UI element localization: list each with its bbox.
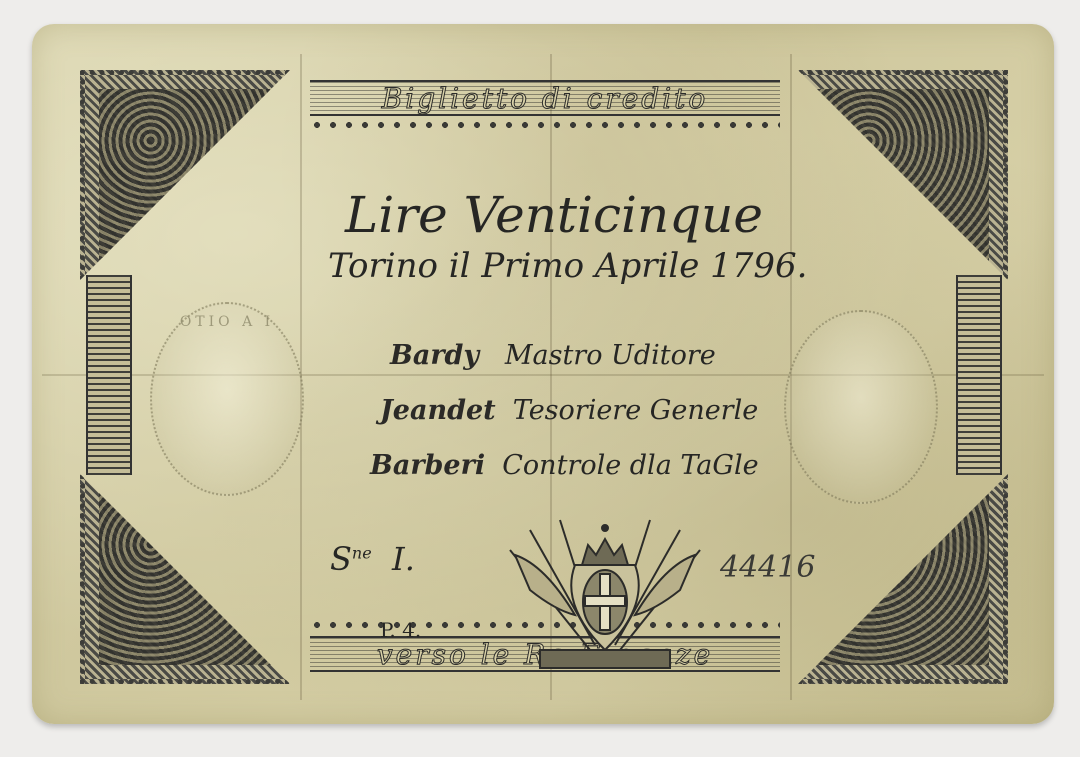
watermark-crest-right (784, 310, 938, 504)
corner-ornament-bottom-left (80, 474, 290, 684)
denomination: Lire Venticinque (345, 186, 763, 244)
series-number: I. (392, 540, 415, 578)
rosette-border-top (310, 118, 780, 132)
header-band: Biglietto di credito (310, 80, 780, 116)
signatory-title: Tesoriere Generle (513, 395, 758, 426)
medallion-legend: OTIO A I (152, 314, 302, 330)
serial-number: 44416 (720, 550, 815, 585)
series-superscript: ne (352, 543, 372, 562)
signature-row: Bardy Mastro Uditore (390, 340, 716, 371)
corner-ornament-top-right (798, 70, 1008, 280)
side-ornament-right (956, 275, 1002, 475)
watermark-portrait-left: OTIO A I (150, 302, 304, 496)
place-date: Torino il Primo Aprile 1796. (328, 246, 807, 286)
signature-row: Jeandet Tesoriere Generle (380, 395, 758, 426)
page-number: P. 4. (380, 618, 421, 642)
corner-ornament-top-left (80, 70, 290, 280)
corner-ornament-bottom-right (798, 474, 1008, 684)
series-letter: S (330, 540, 352, 578)
signature-row: Barberi Controle dla TaGle (370, 450, 759, 481)
signatory-title: Mastro Uditore (505, 340, 716, 371)
ornamental-frame: Biglietto di credito verso le Re Finanze… (80, 70, 1008, 684)
series-label: Sne I. (330, 540, 415, 578)
banknote: Biglietto di credito verso le Re Finanze… (32, 24, 1054, 724)
signature: Bardy (390, 340, 479, 371)
signatory-title: Controle dla TaGle (502, 450, 758, 481)
signature: Barberi (370, 450, 485, 481)
side-ornament-left (86, 275, 132, 475)
savoy-coat-of-arms-icon (490, 510, 720, 680)
signature: Jeandet (380, 395, 496, 426)
